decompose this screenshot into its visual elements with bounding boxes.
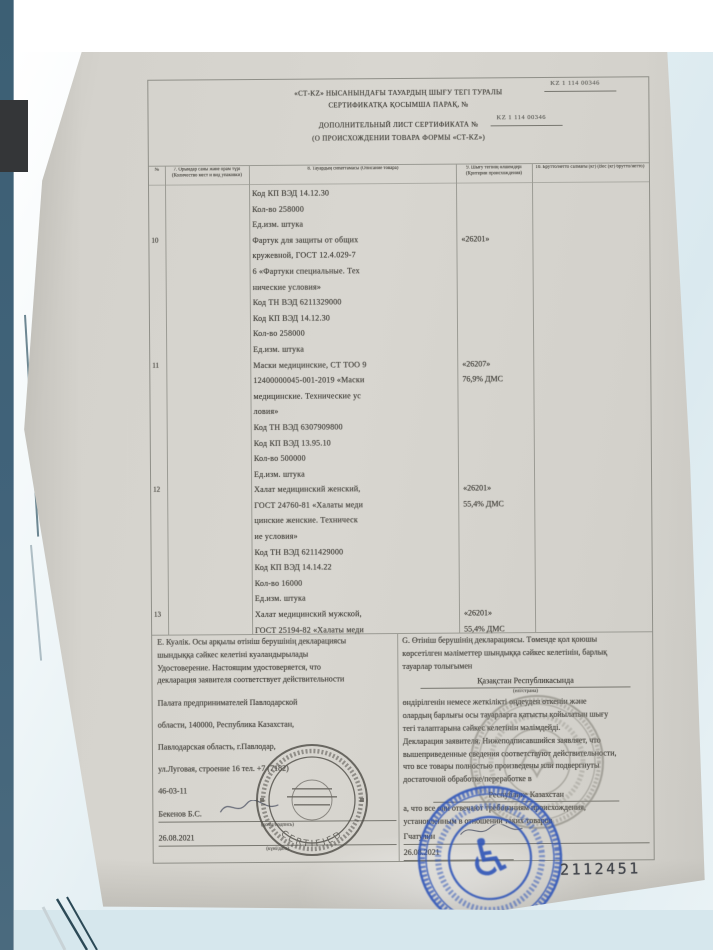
description-line: Ед.изм. штука [253,341,366,357]
certify-date: 26.08.2021 [159,834,195,843]
applicant-date: 26.08.2021 [404,847,440,856]
section-g: G. Өтініш берушінің декларациясы. Төменд… [402,633,650,860]
description-line: Код КП ВЭД 14.12.30 [252,185,365,201]
description-line: кружевной, ГОСТ 12.4.029-7 [252,248,365,264]
description-line: Кол-во 16000 [255,575,368,591]
description-line: Код КП ВЭД 14.14.22 [255,559,368,575]
title-kk-line2: СЕРТИФИКАТҚА ҚОСЫМША ПАРАҚ, № [148,99,648,110]
origin-criteria-line: «26201» [461,231,489,247]
description-column: Код КП ВЭД 14.12.30Кол-во 258000Ед.изм. … [252,185,368,638]
description-line: Кол-во 258000 [253,326,366,342]
certificate-paper: «СТ-KZ» НЫСАНЫНДАҒЫ ТАУАРДЫҢ ШЫҒУ ТЕГІ Т… [20,52,713,910]
declaration-ru: Декларация заявителя. Нижеподписавшийся … [403,734,649,787]
declaration-line: вышеприведенные сведения соответствуют д… [403,747,649,762]
origin-criteria: «26201»55,4% ДМС [464,605,505,636]
description-line: Код ТН ВЭД 6211329000 [253,294,366,310]
certificate-frame: «СТ-KZ» НЫСАНЫНДАҒЫ ТАУАРДЫҢ ШЫҒУ ТЕГІ Т… [147,76,654,863]
document-serial-number: 2112451 [560,859,641,878]
description-line: Ед.изм. штука [252,216,365,232]
description-line: Ед.изм. штука [255,591,368,607]
description-line: Ед.изм. штука [254,466,367,482]
col-header-packing: 7. Орындар саны және орам түрі (Количест… [167,167,247,179]
description-line: Маски медицинские, СТ ТОО 9 [253,357,366,373]
chamber-address-line: Павлодарская область, г.Павлодар, [158,735,396,759]
screenshot-root: { "document": { "kind": "certificate-pho… [0,0,713,950]
title-ru-line2: (О ПРОИСХОЖДЕНИИ ТОВАРА ФОРМЫ «СТ-KZ») [149,132,649,143]
row-number: 12 [153,486,160,494]
origin-criteria-line: 76,9% ДМС [462,371,503,387]
certificate-serial-mid: KZ 1 114 00346 [497,114,547,121]
description-line: Код КП ВЭД 13.95.10 [254,435,367,451]
description-line: Кол-во 258000 [252,201,365,217]
applicant-date-row: 26.08.2021 [404,844,514,861]
dark-corner-block [0,100,28,172]
declaration-line: тауарлар толығымен [402,659,648,674]
wire-pale [43,907,65,950]
description-line: Фартук для защиты от общих [252,232,365,248]
description-line: 6 «Фартуки специальные. Тех [253,263,366,279]
section-e-address: Палата предпринимателей Павлодарскойобла… [158,691,397,803]
description-line: 12400000045-001-2019 «Маски [253,372,366,388]
table-body: Код КП ВЭД 14.12.30Кол-во 258000Ед.изм. … [149,183,652,634]
col-header-weight: 10. Брутто/нетто салмағы (кг) (Вес (кг) … [534,164,646,170]
description-line: Код ТН ВЭД 6211429000 [255,544,368,560]
description-line: Халат медицинский мужской, [255,606,368,622]
declaration-kk: G. Өтініш берушінің декларациясы. Төменд… [402,633,648,673]
description-line: Код ТН ВЭД 6307909800 [254,419,367,435]
chamber-address-line: области, 140000, Республика Казахстан, [158,713,396,737]
declaration-kk-2: өндірілгенін немесе жеткілікті өңдеуден … [403,696,649,736]
section-e-paragraph: Е. Куәлік. Осы арқылы өтініш берушінің д… [157,635,395,688]
description-line: нические условия» [253,279,366,295]
declaration-line: достаточной обработке/переработке в [403,772,649,787]
title-ru-line1: ДОПОЛНИТЕЛЬНЫЙ ЛИСТ СЕРТИФИКАТА № [149,119,649,130]
description-line: цинские женские. Техническ [254,513,367,529]
certify-date-label: (күні/дата) [159,845,397,855]
description-line: медицинские. Технические ус [253,388,366,404]
section-divider [397,633,400,861]
chamber-address-line: ул.Луговая, строение 16 тел. +7 (7182) [158,757,396,781]
country-kk: Қазақстан Республикасында [420,674,630,689]
description-line: Кол-во 500000 [254,450,367,466]
origin-criteria-line: 55,4% ДМС [463,496,504,512]
origin-criteria-line: «26207» [462,356,503,372]
chamber-address-line: Палата предпринимателей Павлодарской [158,691,396,715]
description-line: Халат медицинский женский, [254,482,367,498]
col-header-no: № [149,168,165,174]
description-line: ГОСТ 24760-81 «Халаты меди [254,497,367,513]
country-ru: Республике Казахстан [433,787,619,802]
origin-criteria-line: «26201» [463,481,504,497]
desk-cable-line-faint [30,545,42,661]
applicant-name: Гчатулин [404,831,436,840]
certifier-name: Бекенов Б.С. [158,810,201,819]
certifier-signature [218,800,288,816]
applicant-name-row: Гчатулин [404,827,650,845]
applicant-signature [458,824,528,838]
description-line: ие условия» [254,528,367,544]
col-header-description: 8. Тауардың сипаттамасы (Описание товара… [253,166,453,173]
origin-criteria: «26207»76,9% ДМС [462,356,503,387]
document-photo: «СТ-KZ» НЫСАНЫНДАҒЫ ТАУАРДЫҢ ШЫҒУ ТЕГІ Т… [14,52,713,910]
row-number: 11 [152,361,159,369]
certify-date-row: 26.08.2021 [159,829,397,847]
col-header-criteria: 9. Шығу тегінің өлшемдері (Критерии прои… [458,165,530,177]
certificate-serial-top: KZ 1 114 00346 [550,80,600,87]
origin-criteria: «26201» [461,231,489,247]
row-number: 10 [151,236,158,244]
description-line: Код КП ВЭД 14.12.30 [253,310,366,326]
origin-criteria-line: «26201» [464,605,505,621]
section-e: Е. Куәлік. Осы арқылы өтініш берушінің д… [157,635,397,855]
row-number: 13 [154,611,161,619]
desk-wires [35,885,125,950]
description-line: ловия» [254,404,367,420]
certifier-name-row: Бекенов Б.С. [158,805,396,823]
origin-criteria: «26201»55,4% ДМС [463,481,504,512]
